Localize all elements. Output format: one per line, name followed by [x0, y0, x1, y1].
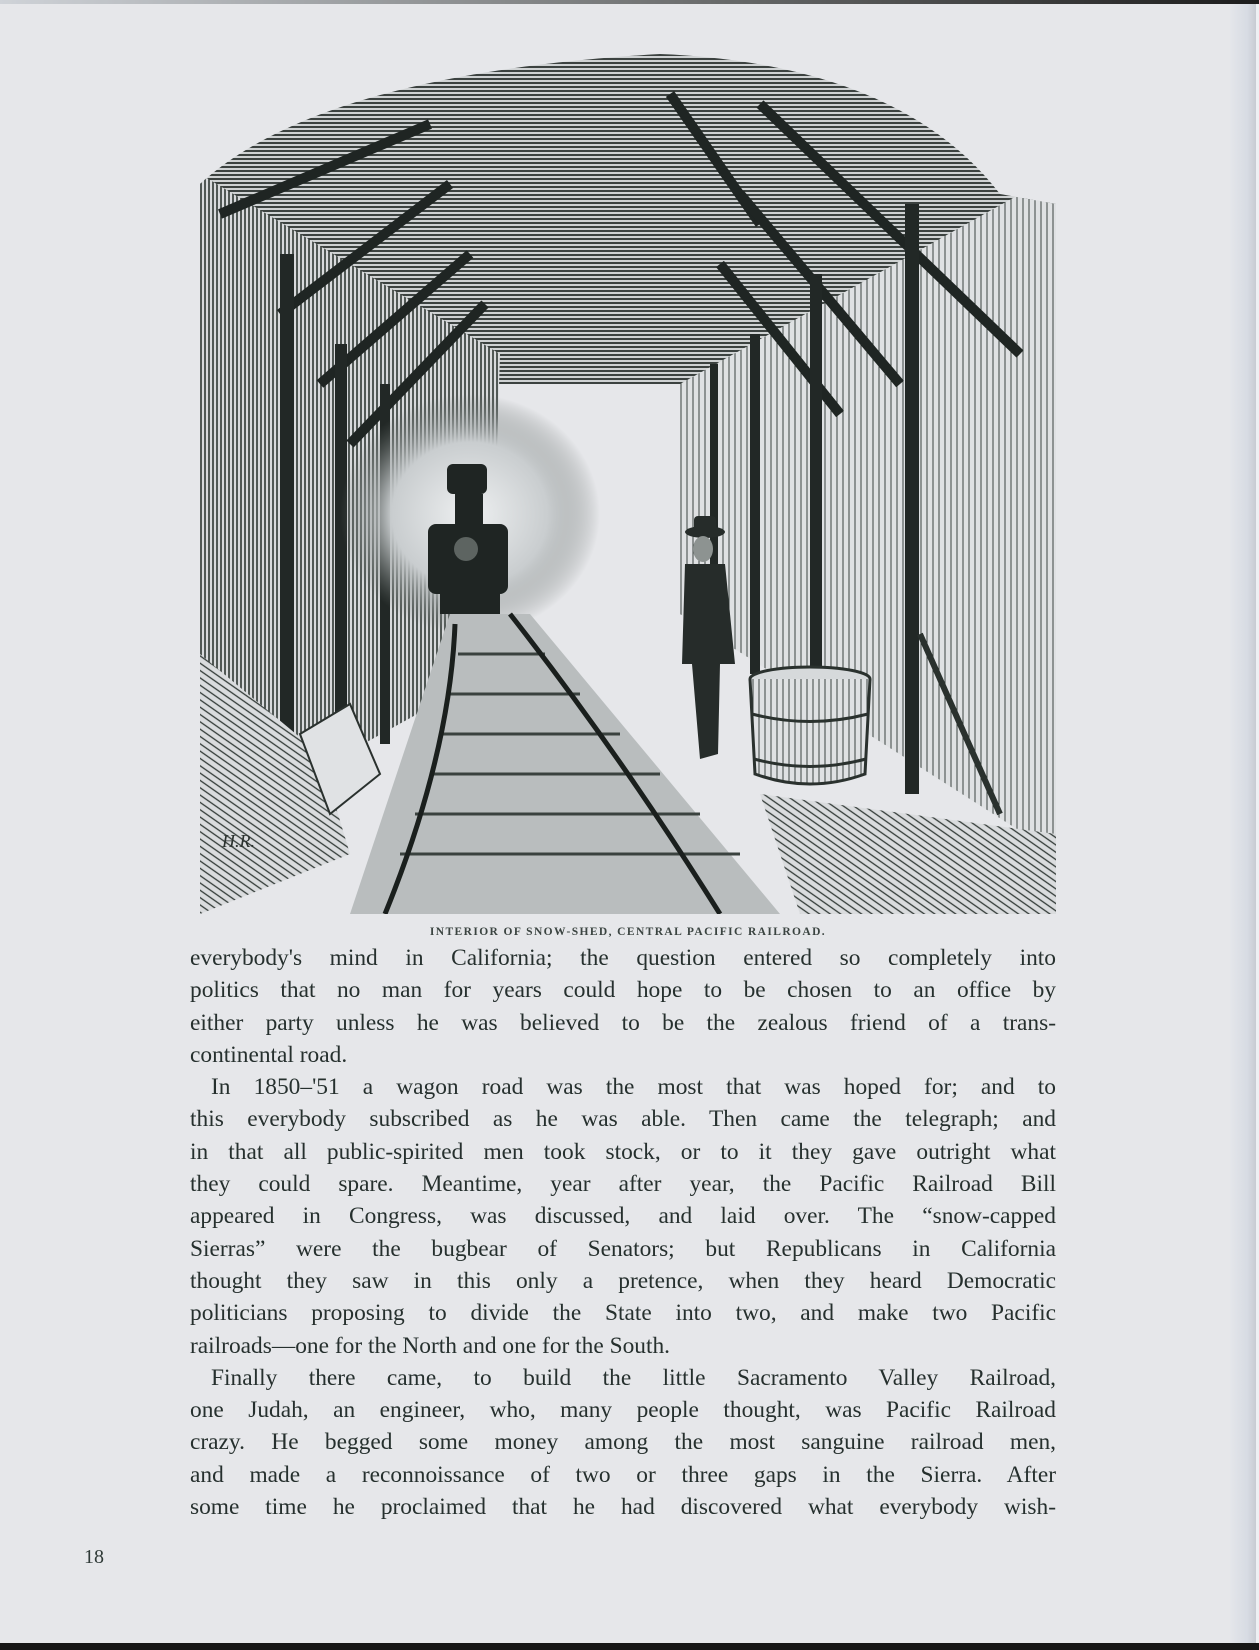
- text-line: everybody's mind in California; the ques…: [190, 942, 1056, 974]
- snow-shed-engraving: H.R.: [200, 54, 1056, 914]
- text-line: Sierras” were the bugbear of Senators; b…: [190, 1233, 1056, 1265]
- scan-bottom-edge: [0, 1643, 1259, 1650]
- text-line: one Judah, an engineer, who, many people…: [190, 1394, 1056, 1426]
- text-line: railroads—one for the North and one for …: [190, 1330, 1056, 1362]
- scan-right-edge: [1230, 4, 1259, 1643]
- engraver-signature: H.R.: [221, 831, 255, 851]
- text-line: thought they saw in this only a pretence…: [190, 1265, 1056, 1297]
- text-line: politics that no man for years could hop…: [190, 974, 1056, 1006]
- text-line: appeared in Congress, was discussed, and…: [190, 1200, 1056, 1232]
- text-line: either party unless he was believed to b…: [190, 1007, 1056, 1039]
- text-line: crazy. He begged some money among the mo…: [190, 1426, 1056, 1458]
- text-line: In 1850–'51 a wagon road was the most th…: [190, 1071, 1056, 1103]
- text-line: in that all public-spirited men took sto…: [190, 1136, 1056, 1168]
- text-line: Finally there came, to build the little …: [190, 1362, 1056, 1394]
- book-page: H.R. INTERIOR OF SNOW-SHED, CENTRAL PACI…: [0, 4, 1230, 1643]
- figure-caption: INTERIOR OF SNOW-SHED, CENTRAL PACIFIC R…: [200, 926, 1056, 938]
- text-line: they could spare. Meantime, year after y…: [190, 1168, 1056, 1200]
- text-line: politicians proposing to divide the Stat…: [190, 1297, 1056, 1329]
- engraving-image: H.R.: [200, 54, 1056, 914]
- body-text: everybody's mind in California; the ques…: [190, 942, 1056, 1523]
- text-line: continental road.: [190, 1039, 1056, 1071]
- text-line: this everybody subscribed as he was able…: [190, 1103, 1056, 1135]
- text-line: some time he proclaimed that he had disc…: [190, 1491, 1056, 1523]
- page-number: 18: [84, 1546, 104, 1569]
- text-line: and made a reconnoissance of two or thre…: [190, 1459, 1056, 1491]
